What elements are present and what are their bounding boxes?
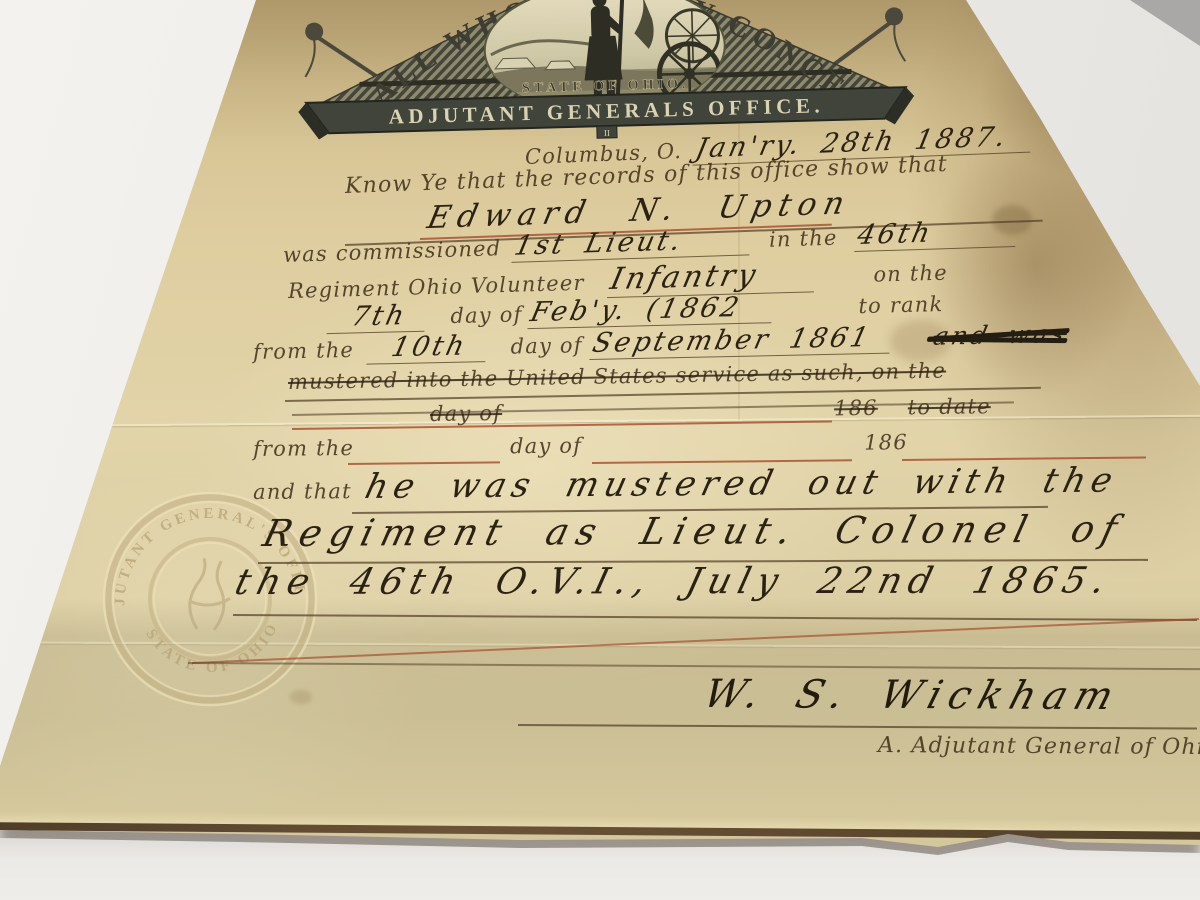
mustered-out-handwritten-2: Regiment as Lieut. Colonel of xyxy=(259,507,1130,555)
to-rank-printed: to rank xyxy=(858,292,944,318)
signature-title-printed: A. Adjutant General of Ohio. xyxy=(878,733,1200,760)
rank-day-handwritten: 10th xyxy=(366,330,492,365)
commission-day-handwritten: 7th xyxy=(326,300,432,335)
blank-date-line-2: from the day of 186 xyxy=(253,430,908,461)
commissioned-printed: was commissioned xyxy=(283,236,502,267)
mustered-out-line-3: the 46th O.V.I., July 22nd 1865. xyxy=(236,560,1111,603)
svg-text:STATE OF OHIO: STATE OF OHIO xyxy=(142,618,285,681)
commission-month-handwritten: Feb'y. (1862 xyxy=(527,291,778,329)
torch-ornament-right xyxy=(822,7,906,72)
document-paper: TO ALL WHOM IT MAY CONCERN xyxy=(0,0,1200,900)
in-the-printed: in the xyxy=(769,226,838,252)
rank-month-handwritten: September 1861 xyxy=(589,322,896,360)
photo-background: TO ALL WHOM IT MAY CONCERN xyxy=(0,0,1200,900)
mustered-out-handwritten-1: he was mustered out with the xyxy=(361,460,1122,507)
day-of-printed: day of xyxy=(510,333,583,359)
day-of-printed: day of xyxy=(430,401,502,426)
mustered-out-line-1: and that he was mustered out with the xyxy=(253,460,1118,508)
rank-handwritten: 1st Lieut. xyxy=(512,223,757,263)
mustered-out-line-2: Regiment as Lieut. Colonel of xyxy=(264,507,1124,555)
and-that-printed: and that xyxy=(253,479,352,504)
struck-words-handwritten: and was xyxy=(931,319,1071,351)
to-date-printed: to date xyxy=(908,394,991,419)
mustered-out-handwritten-3: the 46th O.V.I., July 22nd 1865. xyxy=(231,560,1116,603)
blank-186-printed: 186 xyxy=(864,430,908,454)
signature-handwritten: W. S. Wickham xyxy=(698,672,1126,719)
on-the-printed: on the xyxy=(873,261,948,287)
blank-186-printed: 186 xyxy=(834,396,878,421)
day-of-printed: day of xyxy=(450,302,523,328)
from-the-printed: from the xyxy=(253,436,354,461)
red-ruled-line xyxy=(348,461,500,464)
seal-emblem xyxy=(186,557,232,632)
background-corner-shadow xyxy=(1130,0,1200,46)
signature-title-line: A. Adjutant General of Ohio. xyxy=(878,733,1200,760)
signature-line: W. S. Wickham xyxy=(705,672,1120,719)
regiment-number-handwritten: 46th xyxy=(854,215,1021,252)
from-the-printed: from the xyxy=(253,338,355,364)
day-of-printed: day of xyxy=(510,434,582,459)
seal-bottom-text: STATE OF OHIO xyxy=(142,618,285,681)
